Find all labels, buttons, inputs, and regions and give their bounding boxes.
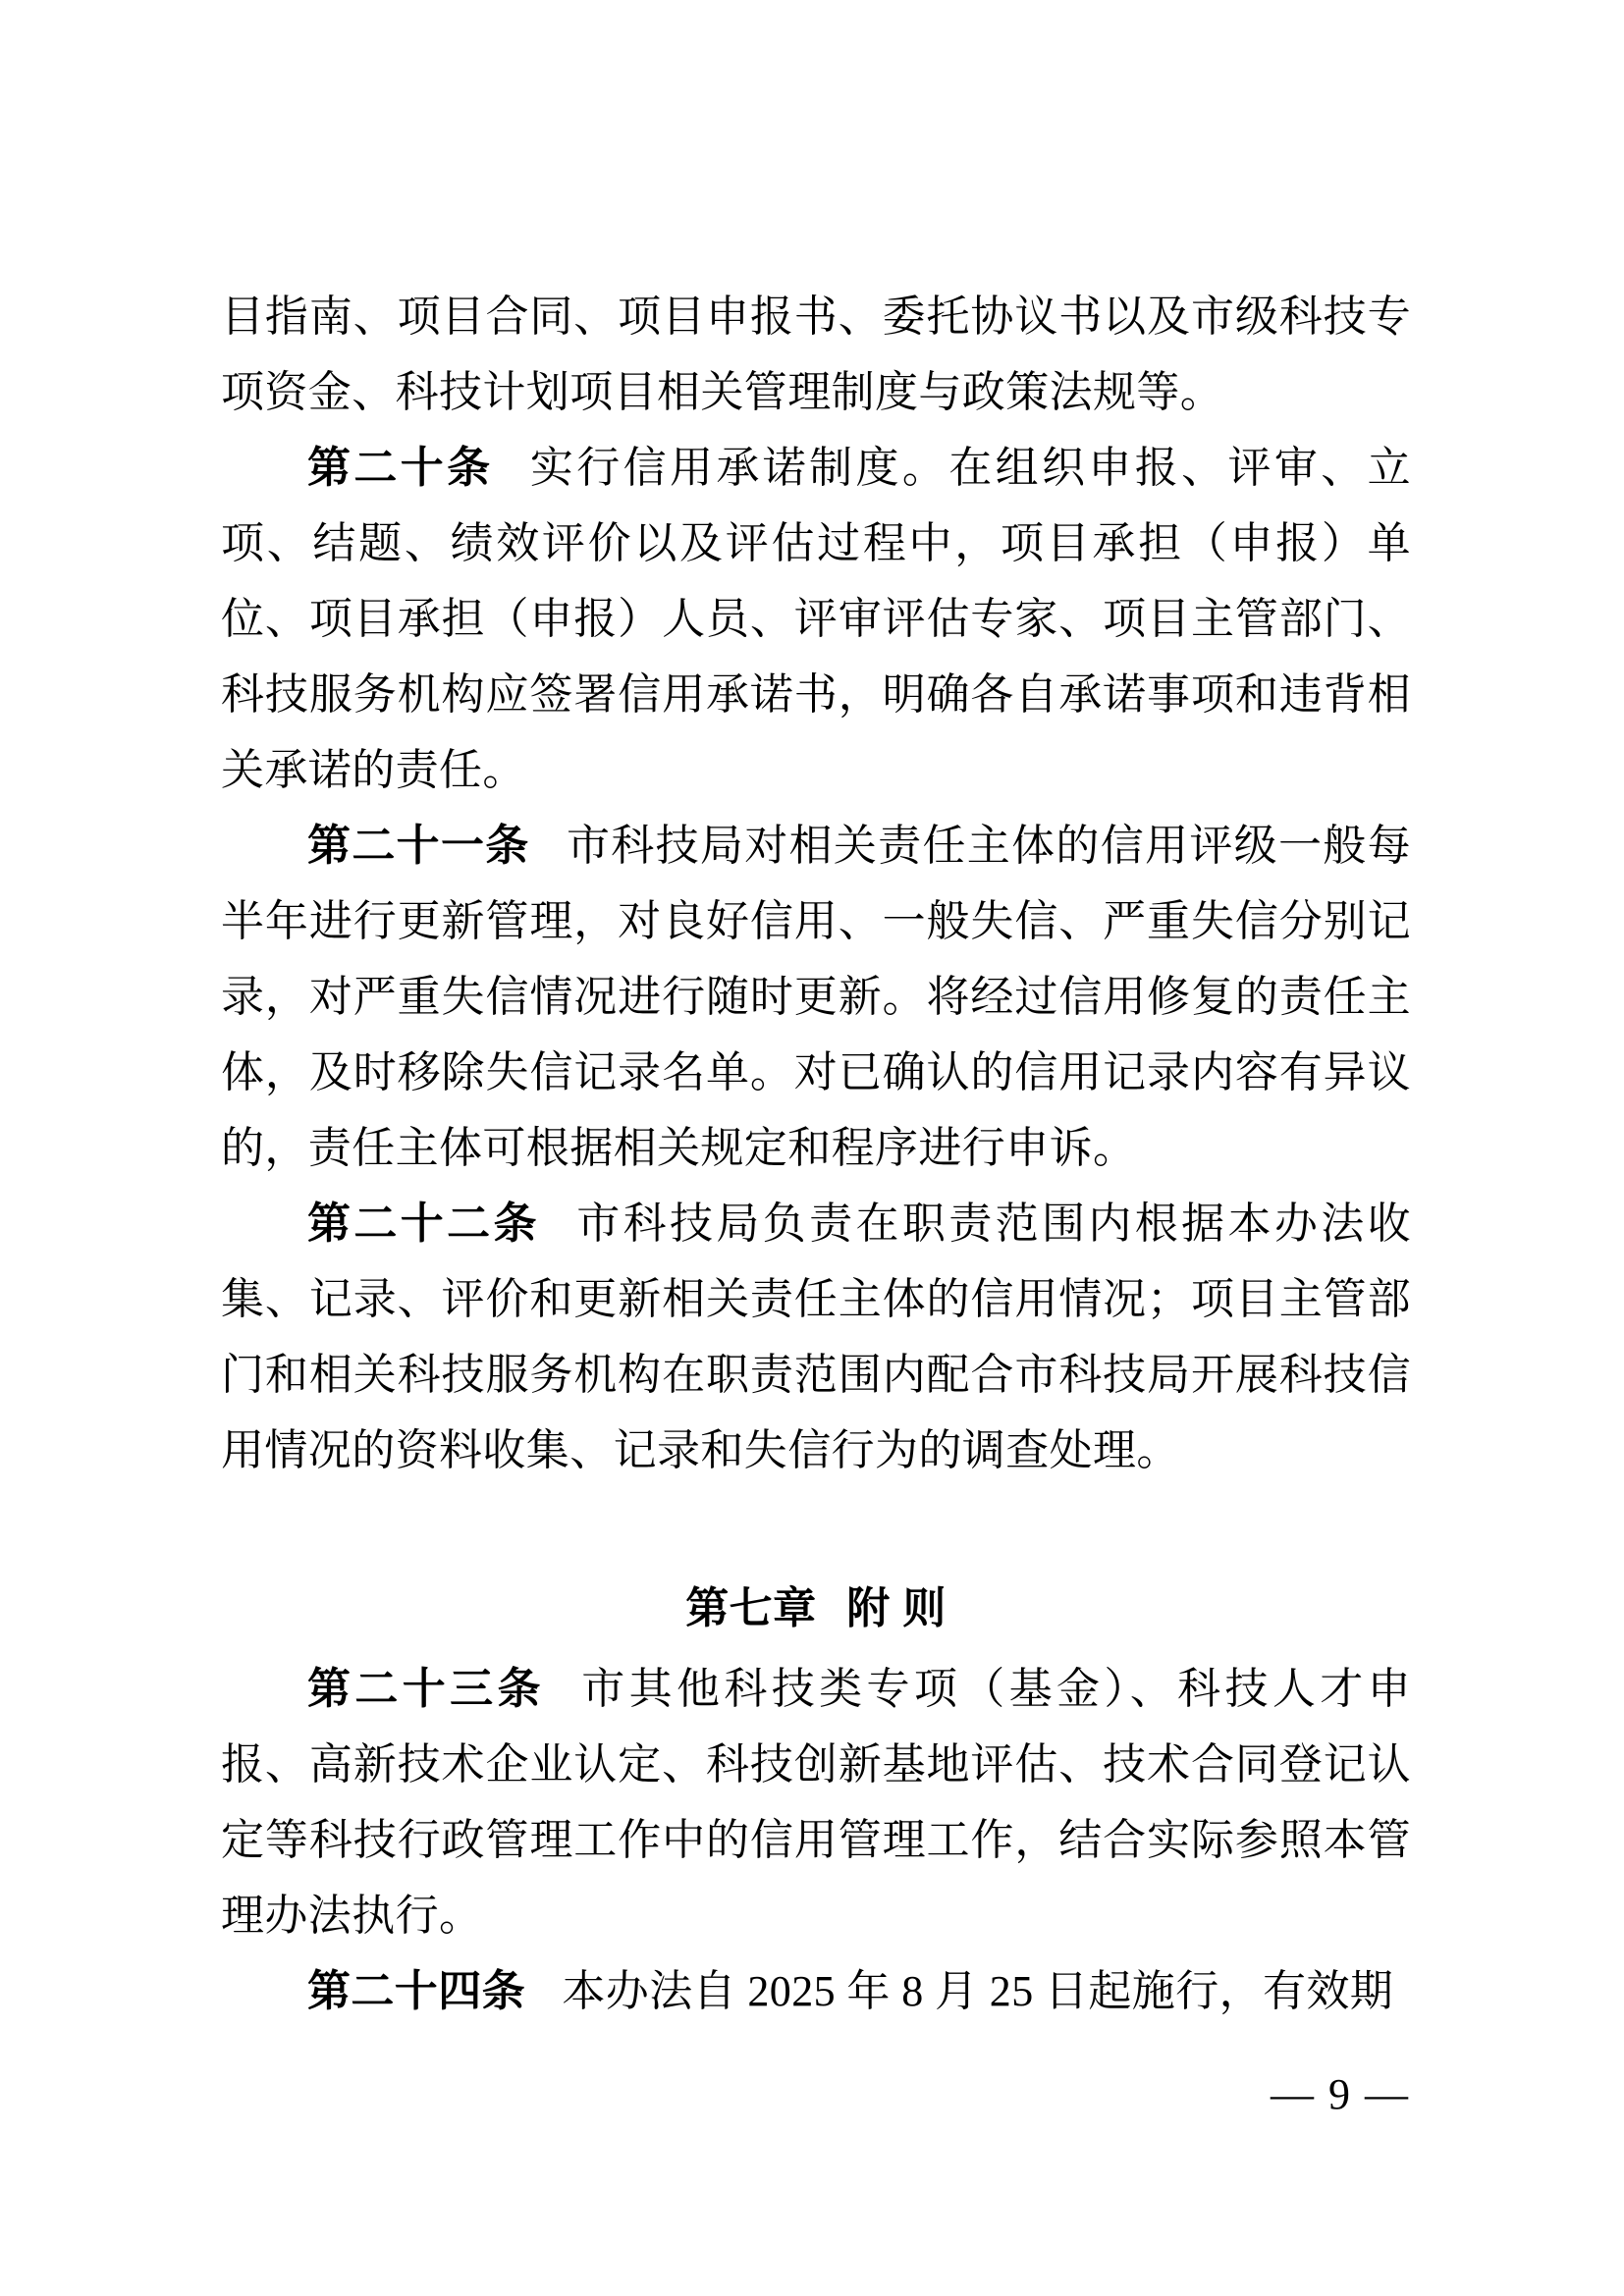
- article-20-label: 第二十条: [307, 444, 494, 492]
- article-23-label: 第二十三条: [307, 1665, 545, 1713]
- article-24-text: 本办法自 2025 年 8 月 25 日起施行，有效期: [562, 1967, 1393, 2015]
- article-22: 第二十二条市科技局负责在职责范围内根据本办法收集、记录、评价和更新相关责任主体的…: [221, 1186, 1411, 1488]
- page-number: — 9 —: [1271, 2056, 1410, 2132]
- document-body: 目指南、项目合同、项目申报书、委托协议书以及市级科技专项资金、科技计划项目相关管…: [221, 279, 1411, 2029]
- article-24-label: 第二十四条: [307, 1967, 525, 2015]
- chapter-7-title: 附 则: [846, 1584, 946, 1632]
- article-21-label: 第二十一条: [307, 822, 530, 870]
- article-23: 第二十三条市其他科技类专项（基金）、科技人才申报、高新技术企业认定、科技创新基地…: [221, 1651, 1411, 1953]
- chapter-7-number: 第七章: [685, 1584, 816, 1632]
- chapter-7-heading: 第七章附 则: [221, 1571, 1411, 1646]
- paragraph-continuation: 目指南、项目合同、项目申报书、委托协议书以及市级科技专项资金、科技计划项目相关管…: [221, 279, 1411, 430]
- article-24: 第二十四条本办法自 2025 年 8 月 25 日起施行，有效期: [221, 1953, 1411, 2029]
- article-20: 第二十条实行信用承诺制度。在组织申报、评审、立项、结题、绩效评价以及评估过程中，…: [221, 430, 1411, 808]
- article-20-text: 实行信用承诺制度。在组织申报、评审、立项、结题、绩效评价以及评估过程中，项目承担…: [221, 444, 1411, 794]
- article-22-label: 第二十二条: [307, 1200, 540, 1248]
- article-21: 第二十一条市科技局对相关责任主体的信用评级一般每半年进行更新管理，对良好信用、一…: [221, 808, 1411, 1186]
- document-page: 目指南、项目合同、项目申报书、委托协议书以及市级科技专项资金、科技计划项目相关管…: [0, 0, 1624, 2296]
- article-21-text: 市科技局对相关责任主体的信用评级一般每半年进行更新管理，对良好信用、一般失信、严…: [221, 822, 1411, 1172]
